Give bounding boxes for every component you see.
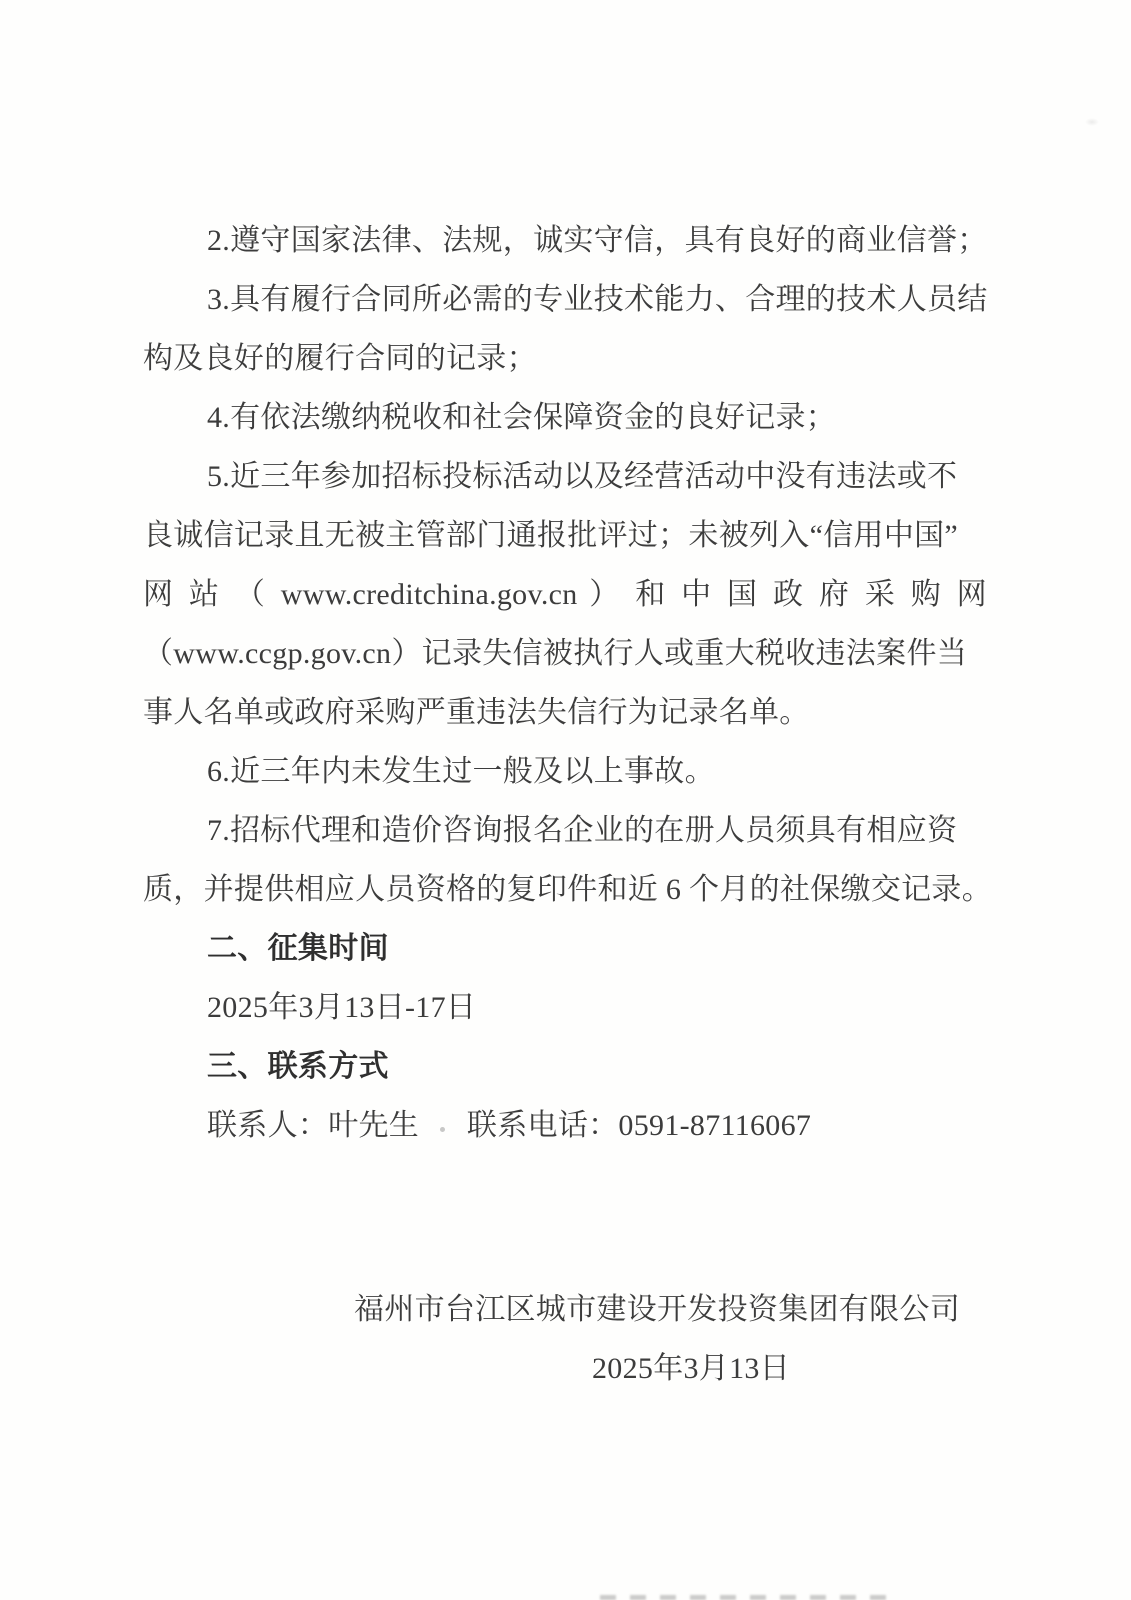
document-line: 三、联系方式 <box>143 1037 987 1096</box>
contact-phone: 联系电话：0591-87116067 <box>467 1096 811 1155</box>
document-line: 网 站 （ www.creditchina.gov.cn ） 和 中 国 政 府… <box>143 565 987 624</box>
scanned-document-page: 2.遵守国家法律、法规，诚实守信，具有良好的商业信誉；3.具有履行合同所必需的专… <box>0 0 1131 1600</box>
scan-speck <box>440 1127 445 1132</box>
clause-lines: 2.遵守国家法律、法规，诚实守信，具有良好的商业信誉；3.具有履行合同所必需的专… <box>143 211 987 1096</box>
scan-artifact-bottom-edge <box>600 1595 900 1600</box>
document-line: 事人名单或政府采购严重违法失信行为记录名单。 <box>143 683 987 742</box>
signature-date: 2025年3月13日 <box>143 1339 987 1398</box>
document-line: 3.具有履行合同所必需的专业技术能力、合理的技术人员结 <box>143 270 987 329</box>
document-body: 2.遵守国家法律、法规，诚实守信，具有良好的商业信誉；3.具有履行合同所必需的专… <box>143 211 987 1398</box>
document-line: 5.近三年参加招标投标活动以及经营活动中没有违法或不 <box>143 447 987 506</box>
document-line: 2025年3月13日-17日 <box>143 978 987 1037</box>
document-line: 构及良好的履行合同的记录； <box>143 329 987 388</box>
document-line: 2.遵守国家法律、法规，诚实守信，具有良好的商业信誉； <box>143 211 987 270</box>
contact-person: 联系人：叶先生 <box>207 1096 419 1155</box>
signature-company: 福州市台江区城市建设开发投资集团有限公司 <box>143 1280 987 1339</box>
document-line: 4.有依法缴纳税收和社会保障资金的良好记录； <box>143 388 987 447</box>
contact-line: 联系人：叶先生 联系电话：0591-87116067 <box>143 1096 987 1155</box>
scan-noise-right <box>1085 118 1099 126</box>
document-line: 良诚信记录且无被主管部门通报批评过；未被列入“信用中国” <box>143 506 987 565</box>
document-line: 7.招标代理和造价咨询报名企业的在册人员须具有相应资 <box>143 801 987 860</box>
document-line: （www.ccgp.gov.cn）记录失信被执行人或重大税收违法案件当 <box>143 624 987 683</box>
document-line: 质，并提供相应人员资格的复印件和近 6 个月的社保缴交记录。 <box>143 860 987 919</box>
document-line: 二、征集时间 <box>143 919 987 978</box>
document-line: 6.近三年内未发生过一般及以上事故。 <box>143 742 987 801</box>
